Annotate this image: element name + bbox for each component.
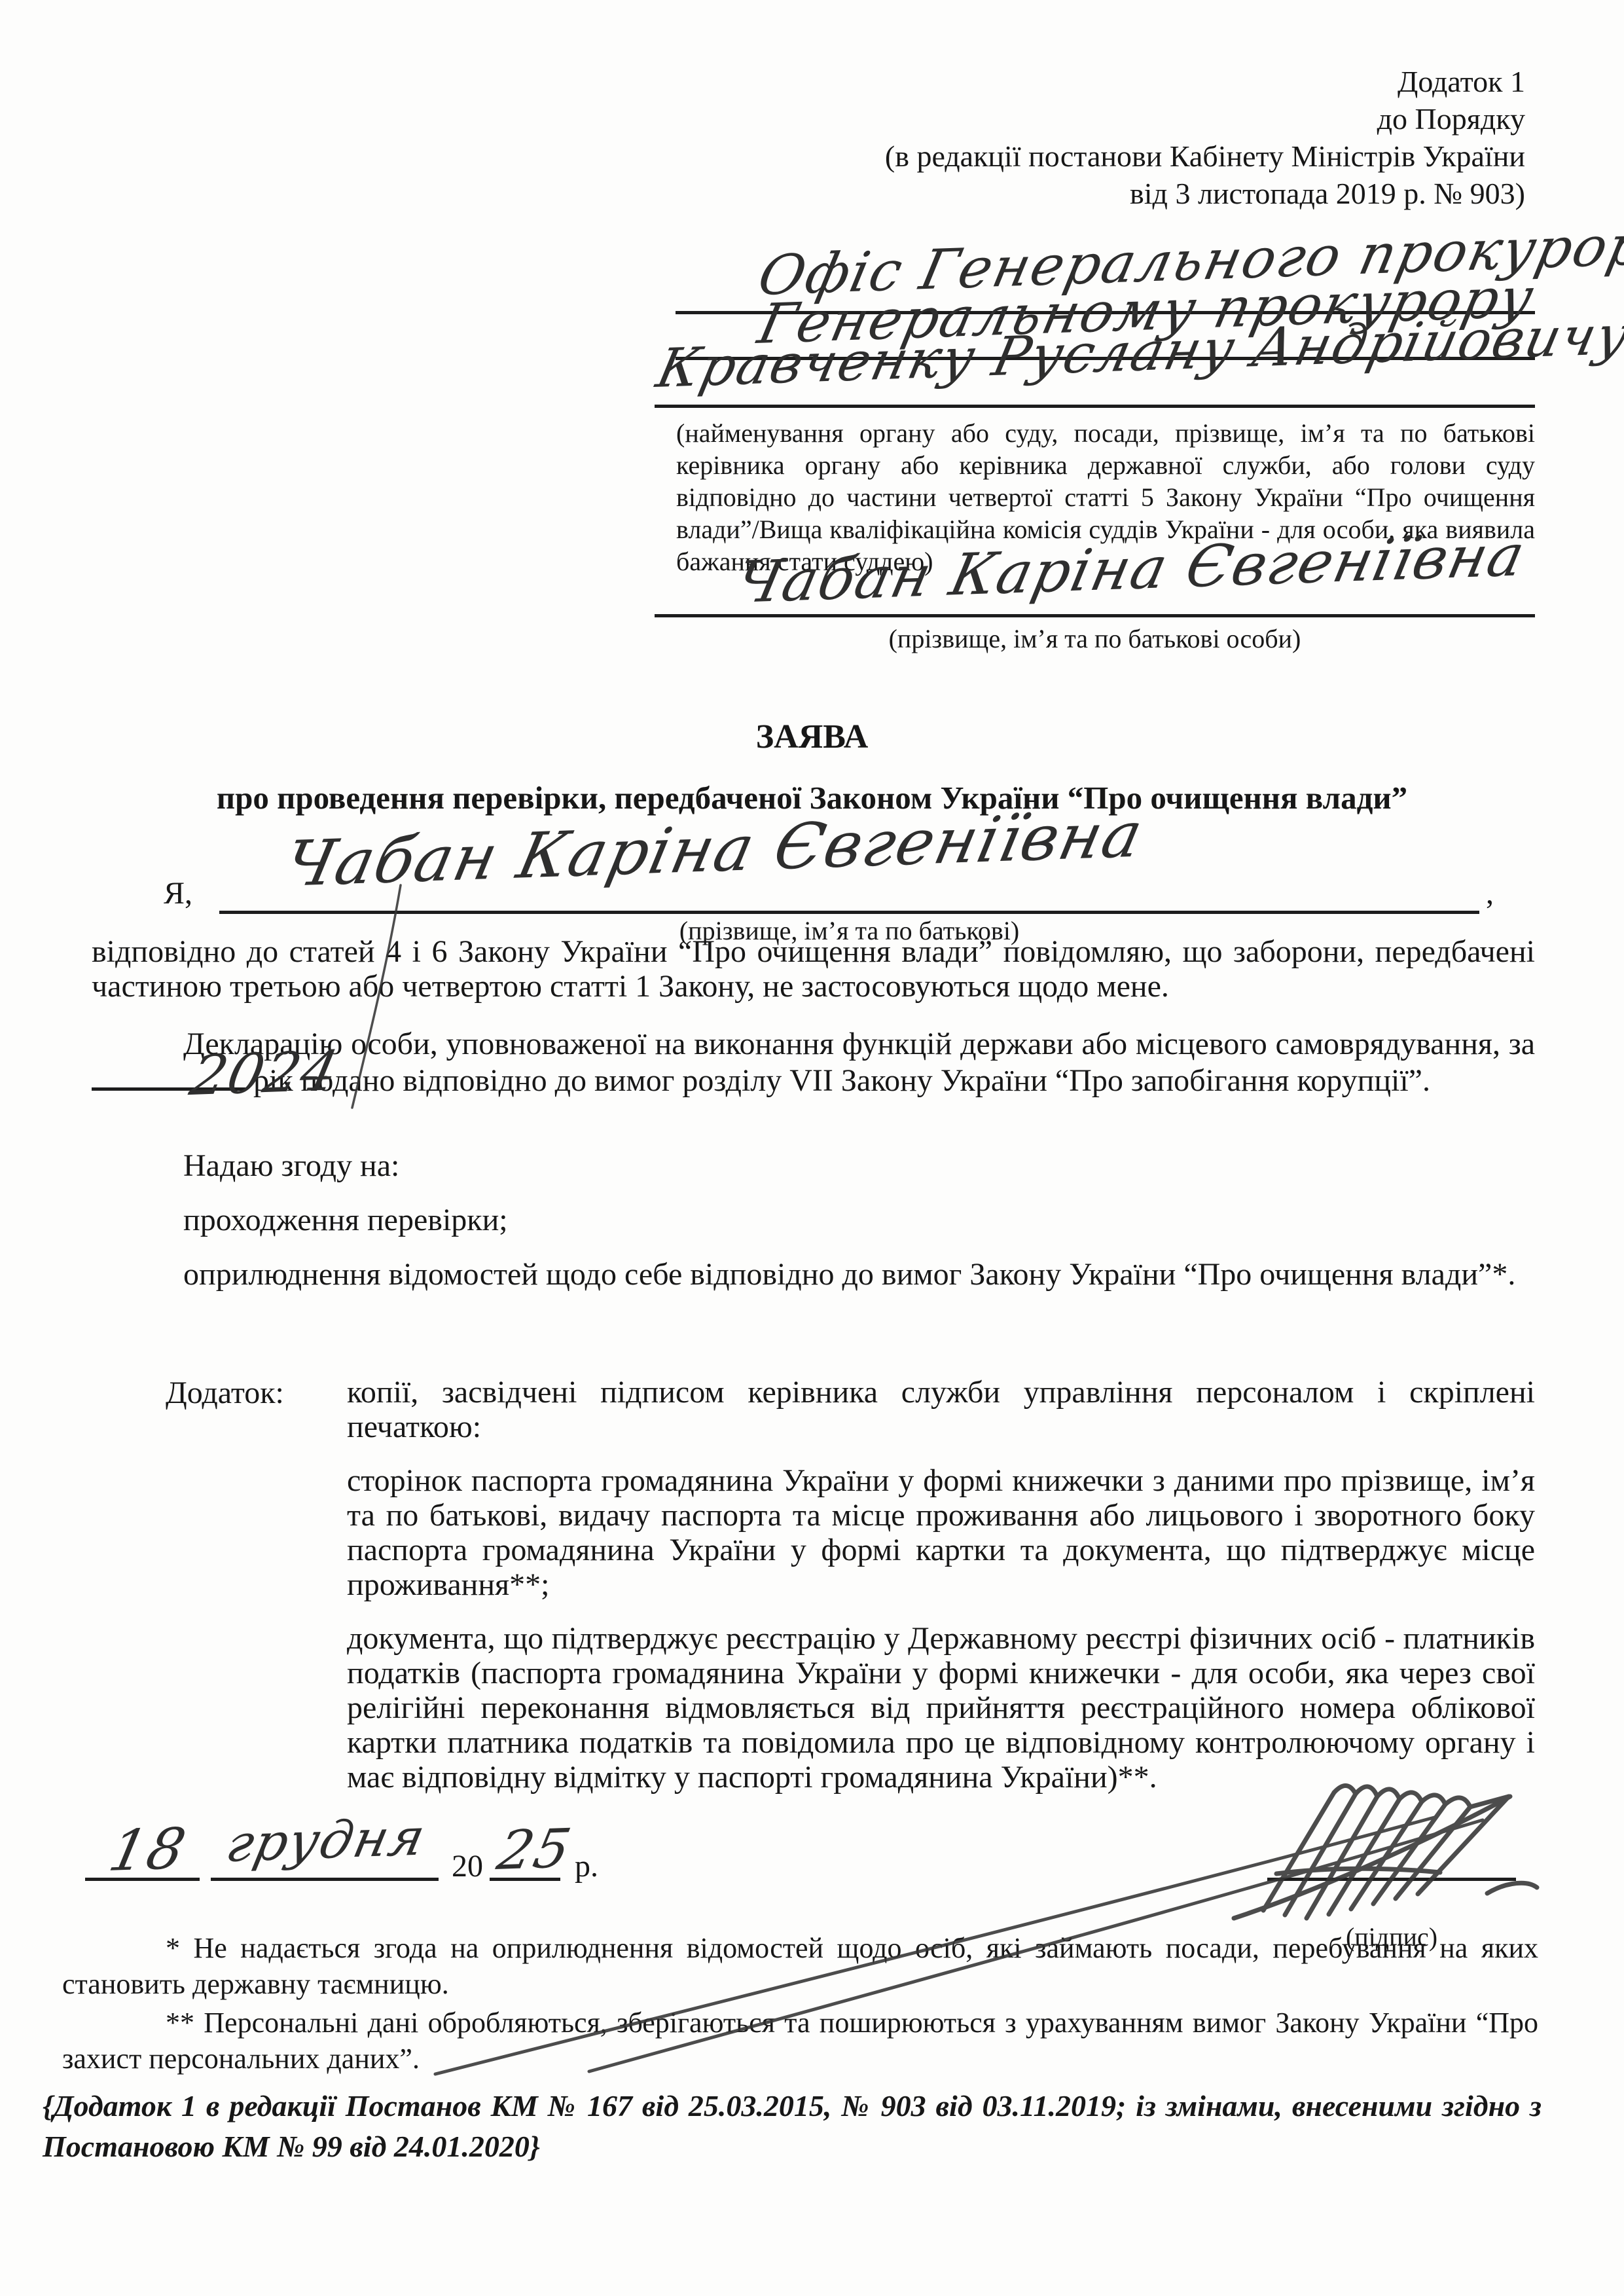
handwritten-day: 18 xyxy=(103,1816,192,1884)
footnote-personal-data: ** Персональні дані обробляються, зберіг… xyxy=(62,2005,1538,2077)
document-title: ЗАЯВА xyxy=(0,718,1624,756)
handwritten-declaration-year: 2024 xyxy=(96,1053,342,1097)
i-label: Я, xyxy=(164,875,192,911)
addressee-head-name-rule xyxy=(655,405,1535,408)
person-name-rule xyxy=(655,614,1535,617)
attachment-list: копії, засвідчені підписом керівника слу… xyxy=(347,1375,1535,1813)
declaration-year-field: 2024 xyxy=(92,1061,245,1091)
scanned-application-page: Додаток 1 до Порядку (в редакції постано… xyxy=(0,0,1624,2296)
attachment-item-passport: сторінок паспорта громадянина України у … xyxy=(347,1463,1535,1602)
appendix-header: Додаток 1 до Порядку (в редакції постано… xyxy=(885,63,1525,212)
trailing-comma: , xyxy=(1486,875,1494,911)
appendix-to-order: до Порядку xyxy=(885,100,1525,137)
paragraph-lustration: відповідно до статей 4 і 6 Закону Україн… xyxy=(92,934,1535,1004)
attachment-label: Додаток: xyxy=(166,1375,284,1411)
handwritten-year: 25 xyxy=(492,1817,577,1882)
consent-item-check: проходження перевірки; xyxy=(92,1203,1535,1237)
signature-rule xyxy=(1267,1878,1516,1881)
year-prefix: 20 xyxy=(452,1848,483,1884)
appendix-edition-line1: (в редакції постанови Кабінету Міністрів… xyxy=(885,137,1525,175)
attachment-item-tax-registry: документа, що підтверджує реєстрацію у Д… xyxy=(347,1621,1535,1795)
declaration-text-after: рік подано відповідно до вимог розділу V… xyxy=(253,1063,1430,1098)
person-name-caption: (прізвище, ім’я та по батькові особи) xyxy=(655,623,1535,654)
year-suffix: р. xyxy=(575,1848,598,1884)
appendix-number: Додаток 1 xyxy=(885,63,1525,100)
appendix-edition-line2: від 3 листопада 2019 р. № 903) xyxy=(885,175,1525,212)
paragraph-declaration: Декларацію особи, уповноваженої на викон… xyxy=(92,1027,1535,1098)
footnote-secrecy: * Не надається згода на оприлюднення від… xyxy=(62,1930,1538,2002)
consent-intro: Надаю згоду на: xyxy=(92,1148,1535,1183)
handwritten-month: грудня xyxy=(221,1808,431,1874)
revision-note: {Додаток 1 в редакції Постанов КМ № 167 … xyxy=(43,2086,1542,2167)
consent-item-publish: оприлюднення відомостей щодо себе відпов… xyxy=(92,1257,1535,1292)
attachment-intro: копії, засвідчені підписом керівника слу… xyxy=(347,1375,1535,1444)
declarant-name-rule xyxy=(219,911,1479,914)
date-month-rule xyxy=(211,1878,439,1881)
declaration-text-before: Декларацію особи, уповноваженої на викон… xyxy=(183,1027,1535,1061)
declarant-name-row: Я, Чабан Каріна Євгеніївна , xyxy=(164,862,1502,914)
